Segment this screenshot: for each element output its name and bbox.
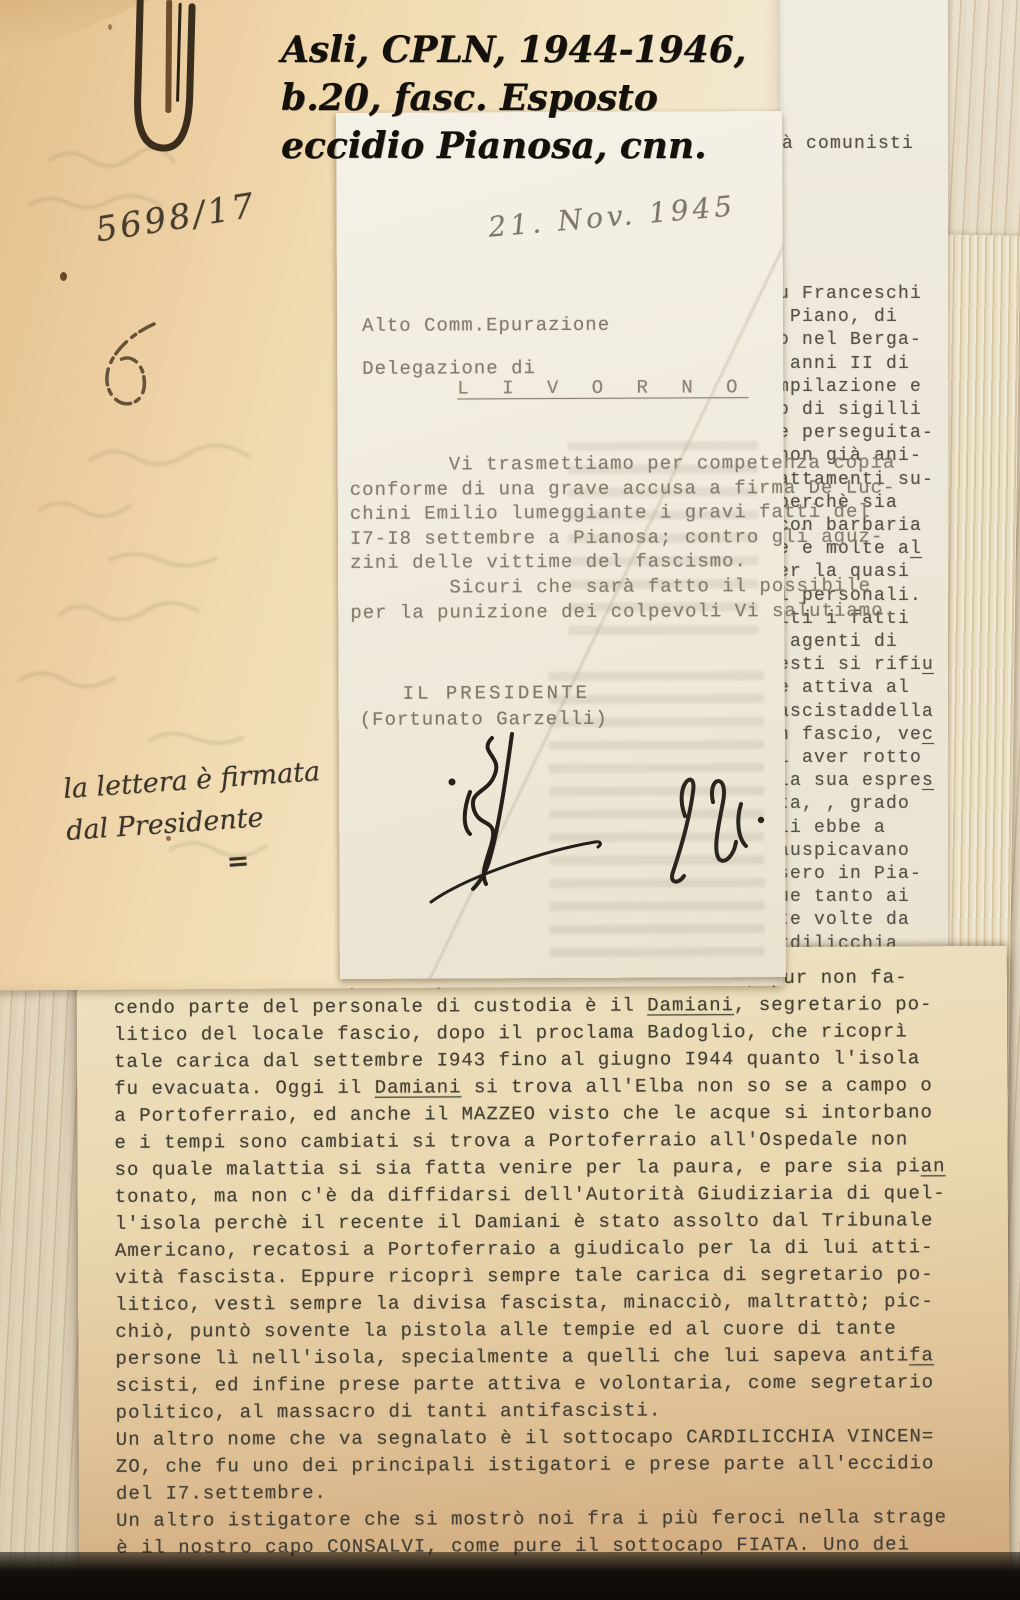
paper-clip — [120, 0, 208, 171]
ink-speck — [108, 24, 112, 30]
right-fragment-line: u Franceschi — [778, 283, 934, 306]
letter-header-line: Delegazione di — [362, 347, 610, 391]
paragraph-line: cendo parte del personale di custodia è … — [114, 991, 999, 1022]
signature-flourish — [425, 818, 607, 908]
right-fragment-line: la sua espres — [778, 770, 934, 793]
main-paragraph: Altro esaltato che partecipò volontario … — [114, 964, 1002, 1562]
letter-header: Alto Comm.EpurazioneDelegazione di — [362, 304, 610, 391]
bottom-shadow — [0, 1552, 1020, 1600]
paragraph-line: tale carica dal settembre I943 fino al g… — [114, 1045, 999, 1076]
right-fragment-line: sero in Pia- — [778, 863, 934, 886]
paragraph-line: tonato, ma non c'è da diffidarsi dell'Au… — [115, 1180, 1000, 1211]
letter-place: L I V O R N O — [457, 376, 748, 399]
ink-mark — [90, 318, 182, 430]
margin-note-handwritten: la lettera è firmatadal Presidente= — [62, 751, 327, 895]
right-fragment-line: o nel Berga- — [778, 329, 934, 352]
paragraph-line: persone lì nell'isola, specialmente a qu… — [115, 1342, 1000, 1373]
archive-label-line: b.20, fasc. Esposto — [281, 74, 746, 122]
president-title: IL PRESIDENTE — [403, 682, 590, 705]
right-fragment-line: ta, , grado — [778, 793, 934, 816]
letter-body: Vi trasmettiamo per competenza copiaconf… — [350, 451, 896, 626]
paragraph-line: politico, al massacro di tanti antifasci… — [116, 1396, 1001, 1427]
archive-label-line: Asli, CPLN, 1944-1946, — [281, 26, 746, 74]
right-fragment-line: o di sigilli — [778, 399, 934, 422]
archive-label-line: eccidio Pianosa, cnn. — [281, 122, 746, 170]
right-fragment-line: ascistaddella — [778, 701, 934, 724]
paragraph-line: litico, vestì sempre la divisa fascista,… — [115, 1288, 1000, 1319]
right-fragment-line: mpilazione e — [778, 376, 934, 399]
lower-typed-page: Altro esaltato che partecipò volontario … — [77, 946, 1010, 1574]
paragraph-line: vità fascista. Eppure ricoprì sempre tal… — [115, 1261, 1000, 1292]
paragraph-line: e i tempi sono cambiati si trova a Porto… — [114, 1126, 999, 1157]
letter-body-line: Sicuri che sarà fatto il possibile — [350, 574, 896, 601]
margin-note-line: = — [225, 835, 327, 884]
paragraph-line: Americano, recatosi a Portoferraio a giu… — [115, 1234, 1000, 1265]
paragraph-line: l'isola perchè il recente il Damiani è s… — [115, 1207, 1000, 1238]
ghost-text — [568, 441, 759, 642]
paragraph-line: ZO, che fu uno dei principali istigatori… — [116, 1450, 1001, 1481]
paragraph-line: del I7.settembre. — [116, 1477, 1001, 1508]
letter-body-line: per la punizione dei colpevoli Vi saluti… — [350, 598, 896, 625]
document-photo: à comunisti u Franceschi Piano, dio nel … — [0, 0, 1020, 1600]
right-fragment-line: i aver rotto — [778, 747, 934, 770]
right-fragment-line: e perseguita- — [778, 422, 934, 445]
letter-body-line: zini delle vittime del fascismo. — [350, 549, 896, 576]
archive-reference-label: Asli, CPLN, 1944-1946,b.20, fasc. Espost… — [281, 26, 746, 170]
paragraph-line: litico del locale fascio, dopo il procla… — [114, 1018, 999, 1049]
paragraph-line: Un altro istigatore che si mostrò noi fr… — [116, 1504, 1001, 1535]
right-fragment-line: anni II di — [778, 353, 934, 376]
right-fragment-line: n fascio, vec — [778, 724, 934, 747]
right-fragment-line: e attiva al — [778, 677, 934, 700]
president-name: (Fortunato Garzelli) — [360, 708, 608, 731]
right-fragment-line: esti si rifiu — [778, 654, 934, 677]
letter-body-line: Vi trasmettiamo per competenza copia — [350, 451, 896, 478]
letter-body-line: chini Emilio lumeggiante i gravi fatti d… — [350, 500, 896, 527]
right-fragment-line: auspicavano — [778, 840, 934, 863]
paragraph-line: a Portoferraio, ed anche il MAZZEO visto… — [114, 1099, 999, 1130]
paragraph-line: Un altro nome che va segnalato è il sott… — [116, 1423, 1001, 1454]
ink-speck — [166, 836, 171, 841]
ink-speck — [60, 272, 67, 281]
signature-second — [655, 758, 773, 890]
right-fragment-line: te volte da — [778, 909, 934, 932]
paragraph-line: scisti, ed infine prese parte attiva e v… — [115, 1369, 1000, 1400]
right-fragment-line: agenti di — [778, 631, 934, 654]
letter-header-line: Alto Comm.Epurazione — [362, 304, 610, 348]
paragraph-line: fu evacuata. Oggi il Damiani si trova al… — [114, 1072, 999, 1103]
right-fragment-top-line: à comunisti — [782, 133, 914, 156]
paragraph-line: so quale malattia si sia fatta venire pe… — [115, 1153, 1000, 1184]
letter-body-line: I7-I8 settembre a Pianosa; contro gli ag… — [350, 524, 896, 551]
right-fragment-line: ue tanto ai — [778, 886, 934, 909]
letter-body-line: conforme di una grave accusa a firma De … — [350, 475, 896, 502]
paragraph-line: chiò, puntò sovente la pistola alle temp… — [115, 1315, 1000, 1346]
right-fragment-line: li ebbe a — [778, 817, 934, 840]
right-fragment-line: Piano, di — [778, 306, 934, 329]
